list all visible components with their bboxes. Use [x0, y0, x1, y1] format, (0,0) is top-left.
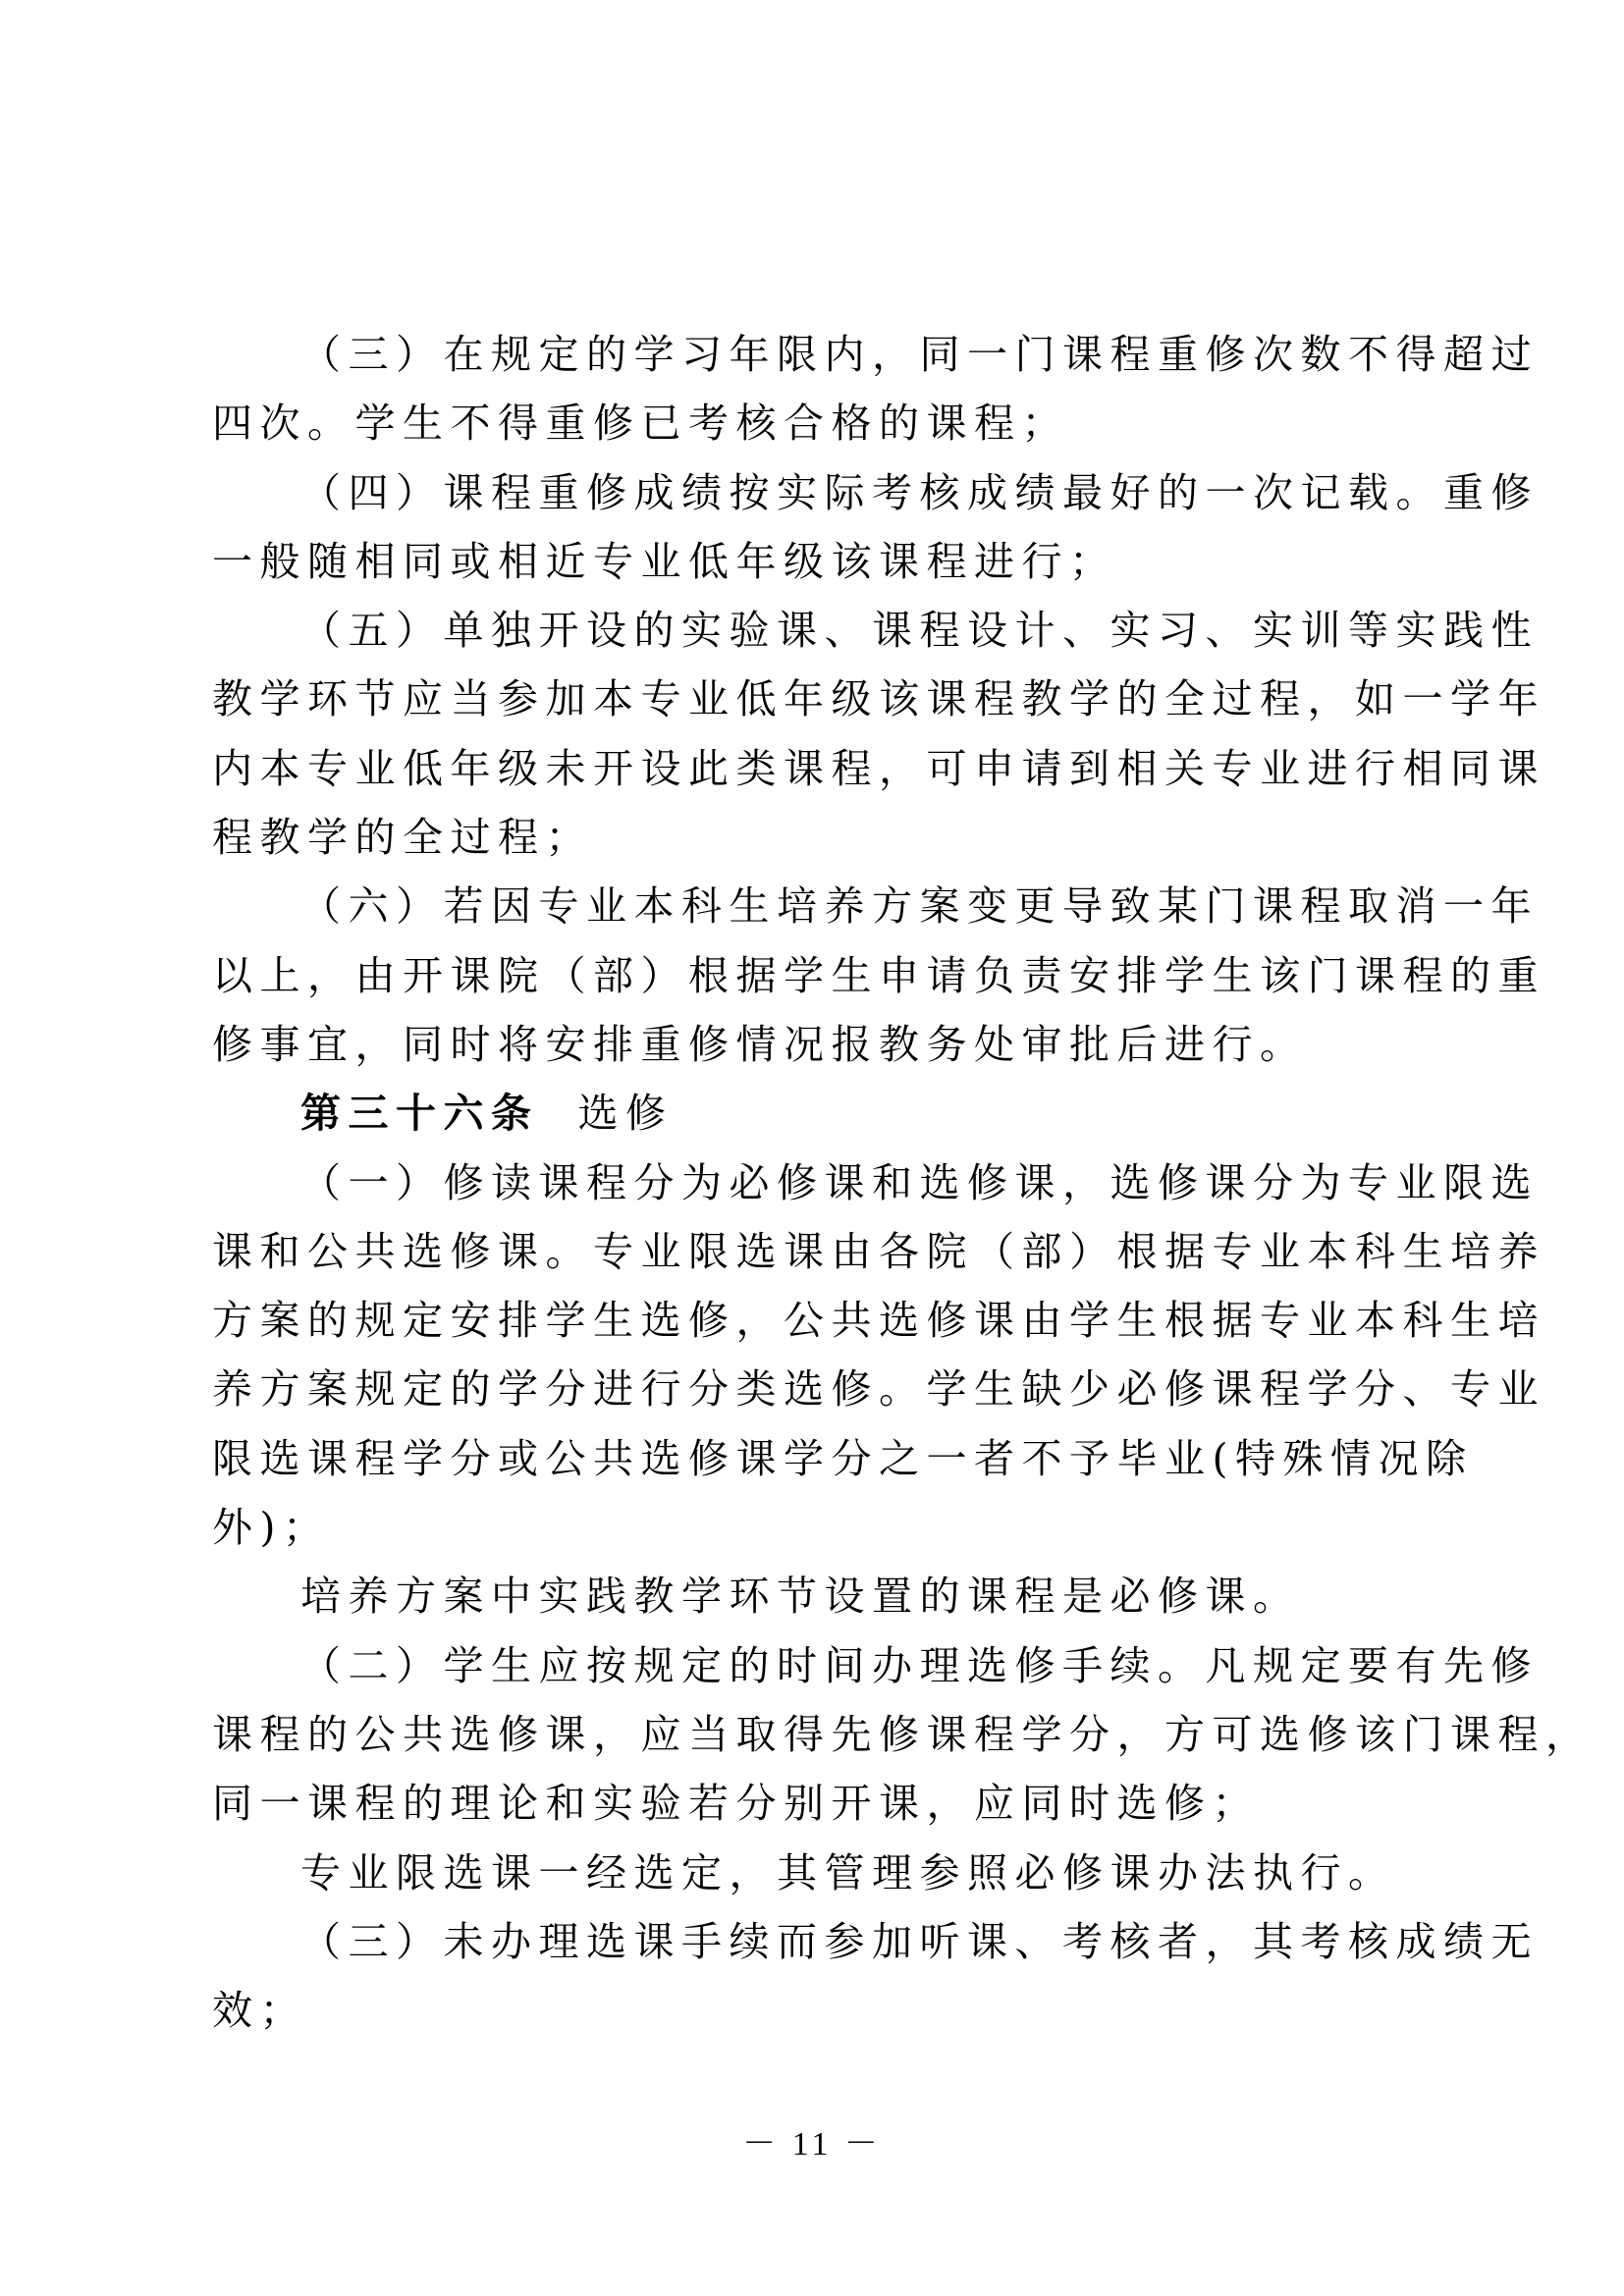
paragraph-line: （六）若因专业本科生培养方案变更导致某门课程取消一年	[212, 872, 1439, 940]
paragraph-line: 一般随相同或相近专业低年级该课程进行；	[212, 527, 1439, 596]
paragraph-line: （二）学生应按规定的时间办理选修手续。凡规定要有先修	[212, 1631, 1439, 1700]
article-number: 第三十六条	[300, 1090, 539, 1137]
paragraph-line: 外)；	[212, 1493, 1439, 1562]
paragraph-line: 以上，由开课院（部）根据学生申请负责安排学生该门课程的重	[212, 941, 1439, 1010]
article-title: 选修	[578, 1090, 674, 1137]
article-heading: 第三十六条选修	[212, 1079, 1439, 1148]
paragraph-line: 程教学的全过程；	[212, 803, 1439, 872]
paragraph-line: 方案的规定安排学生选修，公共选修课由学生根据专业本科生培	[212, 1286, 1439, 1355]
paragraph-line: （四）课程重修成绩按实际考核成绩最好的一次记载。重修	[212, 458, 1439, 527]
paragraph-line: 专业限选课一经选定，其管理参照必修课办法执行。	[212, 1839, 1439, 1907]
paragraph-line: 同一课程的理论和实验若分别开课，应同时选修；	[212, 1769, 1439, 1838]
paragraph-line: 四次。学生不得重修已考核合格的课程；	[212, 389, 1439, 457]
paragraph-line: （一）修读课程分为必修课和选修课，选修课分为专业限选	[212, 1148, 1439, 1217]
paragraph-line: 培养方案中实践教学环节设置的课程是必修课。	[212, 1562, 1439, 1630]
paragraph-line: 限选课程学分或公共选修课学分之一者不予毕业(特殊情况除	[212, 1424, 1439, 1493]
paragraph-line: （五）单独开设的实验课、课程设计、实习、实训等实践性	[212, 596, 1439, 665]
paragraph-line: 课和公共选修课。专业限选课由各院（部）根据专业本科生培养	[212, 1217, 1439, 1286]
paragraph-line: （三）未办理选课手续而参加听课、考核者，其考核成绩无	[212, 1907, 1439, 1976]
paragraph-line: 教学环节应当参加本专业低年级该课程教学的全过程，如一学年	[212, 665, 1439, 733]
paragraph-line: （三）在规定的学习年限内，同一门课程重修次数不得超过	[212, 320, 1439, 389]
paragraph-line: 内本专业低年级未开设此类课程，可申请到相关专业进行相同课	[212, 734, 1439, 803]
paragraph-line: 效；	[212, 1976, 1439, 2045]
paragraph-line: 养方案规定的学分进行分类选修。学生缺少必修课程学分、专业	[212, 1355, 1439, 1423]
paragraph-line: 课程的公共选修课，应当取得先修课程学分，方可选修该门课程，	[212, 1700, 1439, 1769]
page-number: － 11 －	[0, 2116, 1624, 2164]
paragraph-line: 修事宜，同时将安排重修情况报教务处审批后进行。	[212, 1010, 1439, 1079]
document-body: （三）在规定的学习年限内，同一门课程重修次数不得超过 四次。学生不得重修已考核合…	[212, 320, 1439, 2045]
